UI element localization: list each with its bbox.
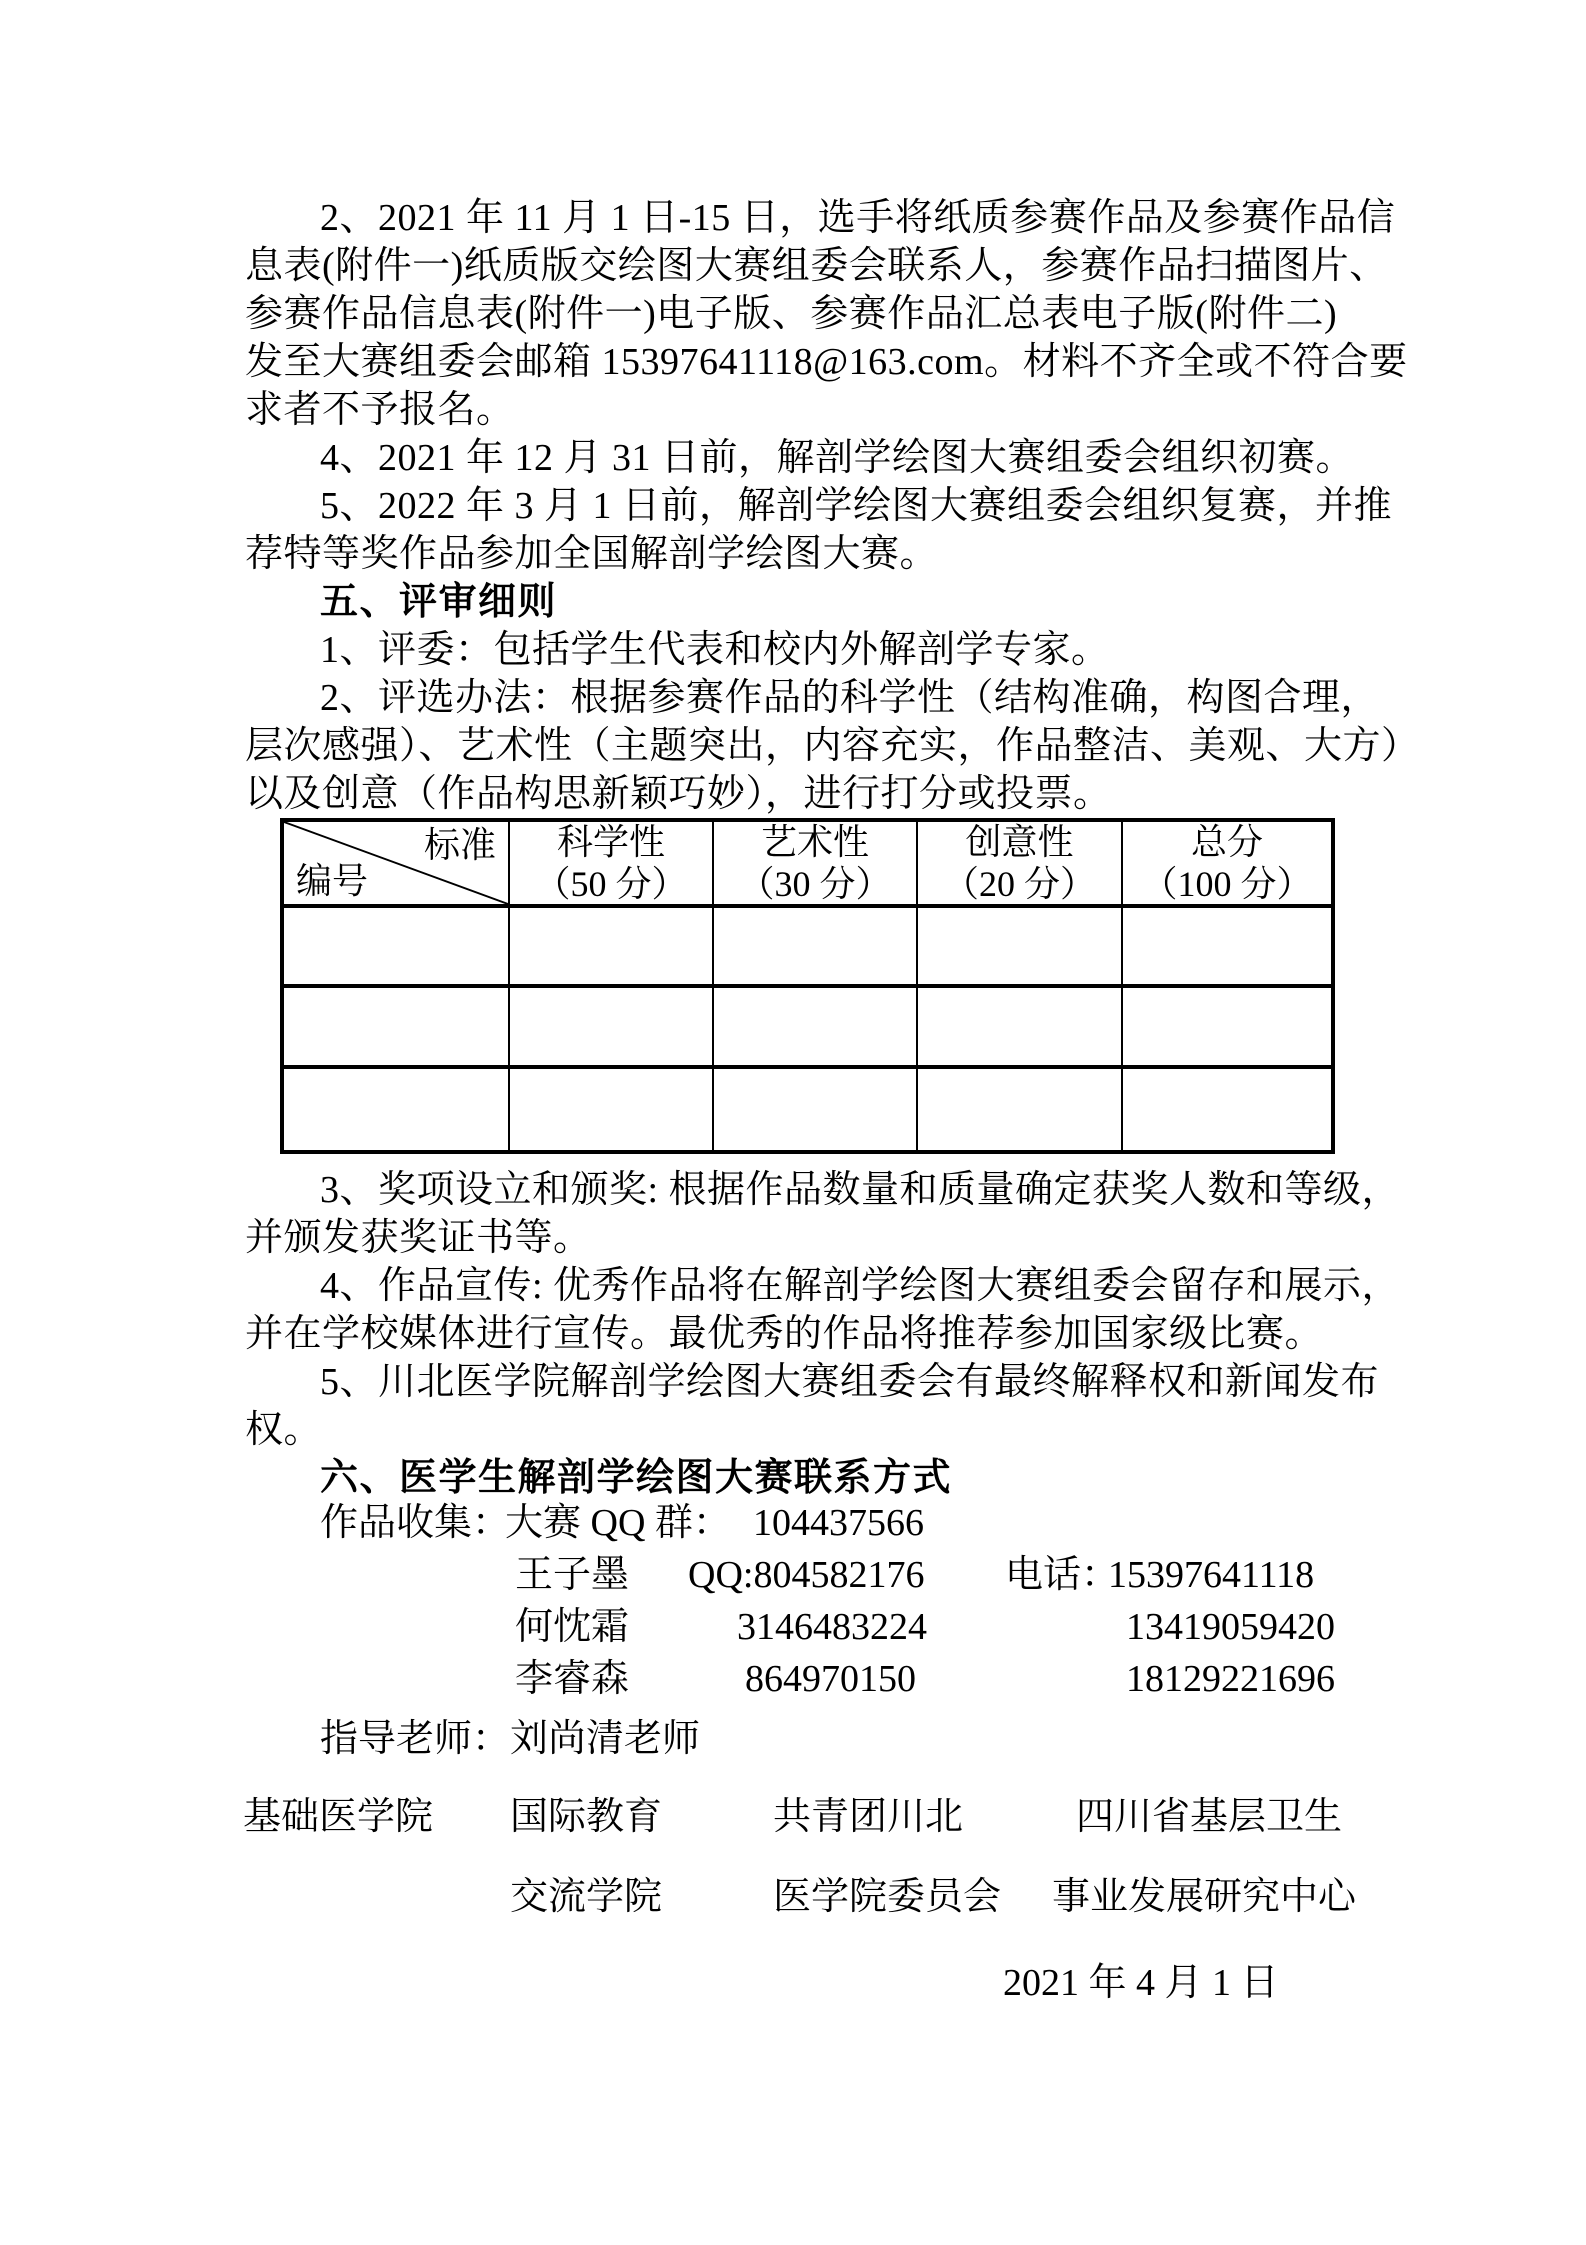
score-cell (510, 1069, 714, 1150)
footer-org-health-line2: 事业发展研究中心 (1052, 1873, 1356, 1921)
contact-qq-group-number: 104437566 (753, 1499, 924, 1547)
section-schedule-and-review: 2、2021 年 11 月 1 日-15 日，选手将纸质参赛作品及参赛作品信 息… (245, 194, 1430, 818)
section-awards-and-contact: 3、奖项设立和颁奖: 根据作品数量和质量确定获奖人数和等级， 并颁发获奖证书等。… (245, 1166, 1430, 1502)
footer-org-intl-edu-line2: 交流学院 (510, 1873, 662, 1921)
column-header-science: 科学性 （50 分） (510, 822, 714, 908)
contact-qq-2: 3146483224 (737, 1603, 927, 1651)
score-cell (714, 988, 918, 1069)
score-cell (714, 908, 918, 988)
score-cell (1123, 1069, 1331, 1150)
paragraph-line: 5、川北医学院解剖学绘图大赛组委会有最终解释权和新闻发布 (245, 1358, 1430, 1406)
header-points: （100 分） (1141, 863, 1312, 905)
advisor-line: 指导老师：刘尚清老师 (320, 1715, 700, 1763)
footer-org-health-line1: 四川省基层卫生 (1076, 1793, 1342, 1841)
score-cell (918, 908, 1123, 988)
column-header-total: 总分 （100 分） (1123, 822, 1331, 908)
contact-phone-2: 13419059420 (1126, 1603, 1335, 1651)
header-title: 总分 (1191, 821, 1263, 863)
score-cell (1123, 908, 1331, 988)
contact-phone-3: 18129221696 (1126, 1655, 1335, 1703)
paragraph-line: 层次感强）、艺术性（主题突出，内容充实，作品整洁、美观、大方） (245, 722, 1430, 770)
table-corner-cell: 标准 编号 (284, 822, 510, 908)
header-points: （30 分） (738, 863, 891, 905)
paragraph-line: 4、2021 年 12 月 31 日前，解剖学绘图大赛组委会组织初赛。 (245, 434, 1430, 482)
score-cell (284, 1069, 510, 1150)
paragraph-line: 权。 (245, 1406, 1430, 1454)
paragraph-line: 求者不予报名。 (245, 386, 1430, 434)
paragraph-line: 3、奖项设立和颁奖: 根据作品数量和质量确定获奖人数和等级， (245, 1166, 1430, 1214)
footer-org-league-line2: 医学院委员会 (773, 1873, 1001, 1921)
header-title: 科学性 (557, 821, 665, 863)
paragraph-line: 发至大赛组委会邮箱 15397641118@163.com。材料不齐全或不符合要 (245, 338, 1430, 386)
document-page: 2、2021 年 11 月 1 日-15 日，选手将纸质参赛作品及参赛作品信 息… (0, 0, 1586, 2245)
contact-name-2: 何忱霜 (515, 1603, 629, 1651)
contact-name-1: 王子墨 (515, 1551, 629, 1599)
score-cell (1123, 988, 1331, 1069)
footer-date: 2021 年 4 月 1 日 (1003, 1959, 1279, 2007)
paragraph-line: 参赛作品信息表(附件一)电子版、参赛作品汇总表电子版(附件二) (245, 290, 1430, 338)
header-title: 创意性 (965, 821, 1073, 863)
score-cell (284, 908, 510, 988)
score-cell (918, 1069, 1123, 1150)
scoring-table: 标准 编号 科学性 （50 分） 艺术性 （30 分） 创意性 （20 分） 总… (280, 818, 1335, 1154)
contact-phone-1: 15397641118 (1108, 1551, 1314, 1599)
paragraph-line: 以及创意（作品构思新颖巧妙），进行打分或投票。 (245, 770, 1430, 818)
score-cell (510, 908, 714, 988)
score-cell (284, 988, 510, 1069)
header-points: （20 分） (943, 863, 1096, 905)
footer-org-basic-medical: 基础医学院 (243, 1793, 433, 1841)
contact-qq-group-label: 大赛 QQ 群： (505, 1499, 731, 1547)
paragraph-line: 4、作品宣传: 优秀作品将在解剖学绘图大赛组委会留存和展示， (245, 1262, 1430, 1310)
score-cell (510, 988, 714, 1069)
contact-collect-label: 作品收集： (320, 1499, 510, 1547)
section-heading-contact: 六、医学生解剖学绘图大赛联系方式 (245, 1454, 1430, 1502)
contact-name-3: 李睿森 (515, 1655, 629, 1703)
paragraph-line: 5、2022 年 3 月 1 日前，解剖学绘图大赛组委会组织复赛，并推 (245, 482, 1430, 530)
header-points: （50 分） (534, 863, 687, 905)
contact-phone-label: 电话： (1005, 1551, 1119, 1599)
header-title: 艺术性 (761, 821, 869, 863)
paragraph-line: 息表(附件一)纸质版交绘图大赛组委会联系人，参赛作品扫描图片、 (245, 242, 1430, 290)
contact-qq-3: 864970150 (745, 1655, 916, 1703)
footer-org-league-line1: 共青团川北 (773, 1793, 963, 1841)
contact-qq-1: QQ:804582176 (688, 1551, 924, 1599)
paragraph-line: 1、评委：包括学生代表和校内外解剖学专家。 (245, 626, 1430, 674)
corner-label-number: 编号 (296, 860, 368, 902)
paragraph-line: 并颁发获奖证书等。 (245, 1214, 1430, 1262)
score-cell (714, 1069, 918, 1150)
corner-label-standard: 标准 (424, 824, 496, 866)
paragraph-line: 荐特等奖作品参加全国解剖学绘图大赛。 (245, 530, 1430, 578)
score-cell (918, 988, 1123, 1069)
column-header-art: 艺术性 （30 分） (714, 822, 918, 908)
paragraph-line: 2、评选办法：根据参赛作品的科学性（结构准确，构图合理， (245, 674, 1430, 722)
footer-org-intl-edu-line1: 国际教育 (510, 1793, 662, 1841)
paragraph-line: 并在学校媒体进行宣传。最优秀的作品将推荐参加国家级比赛。 (245, 1310, 1430, 1358)
paragraph-line: 2、2021 年 11 月 1 日-15 日，选手将纸质参赛作品及参赛作品信 (245, 194, 1430, 242)
column-header-creativity: 创意性 （20 分） (918, 822, 1123, 908)
section-heading-review-rules: 五、评审细则 (245, 578, 1430, 626)
